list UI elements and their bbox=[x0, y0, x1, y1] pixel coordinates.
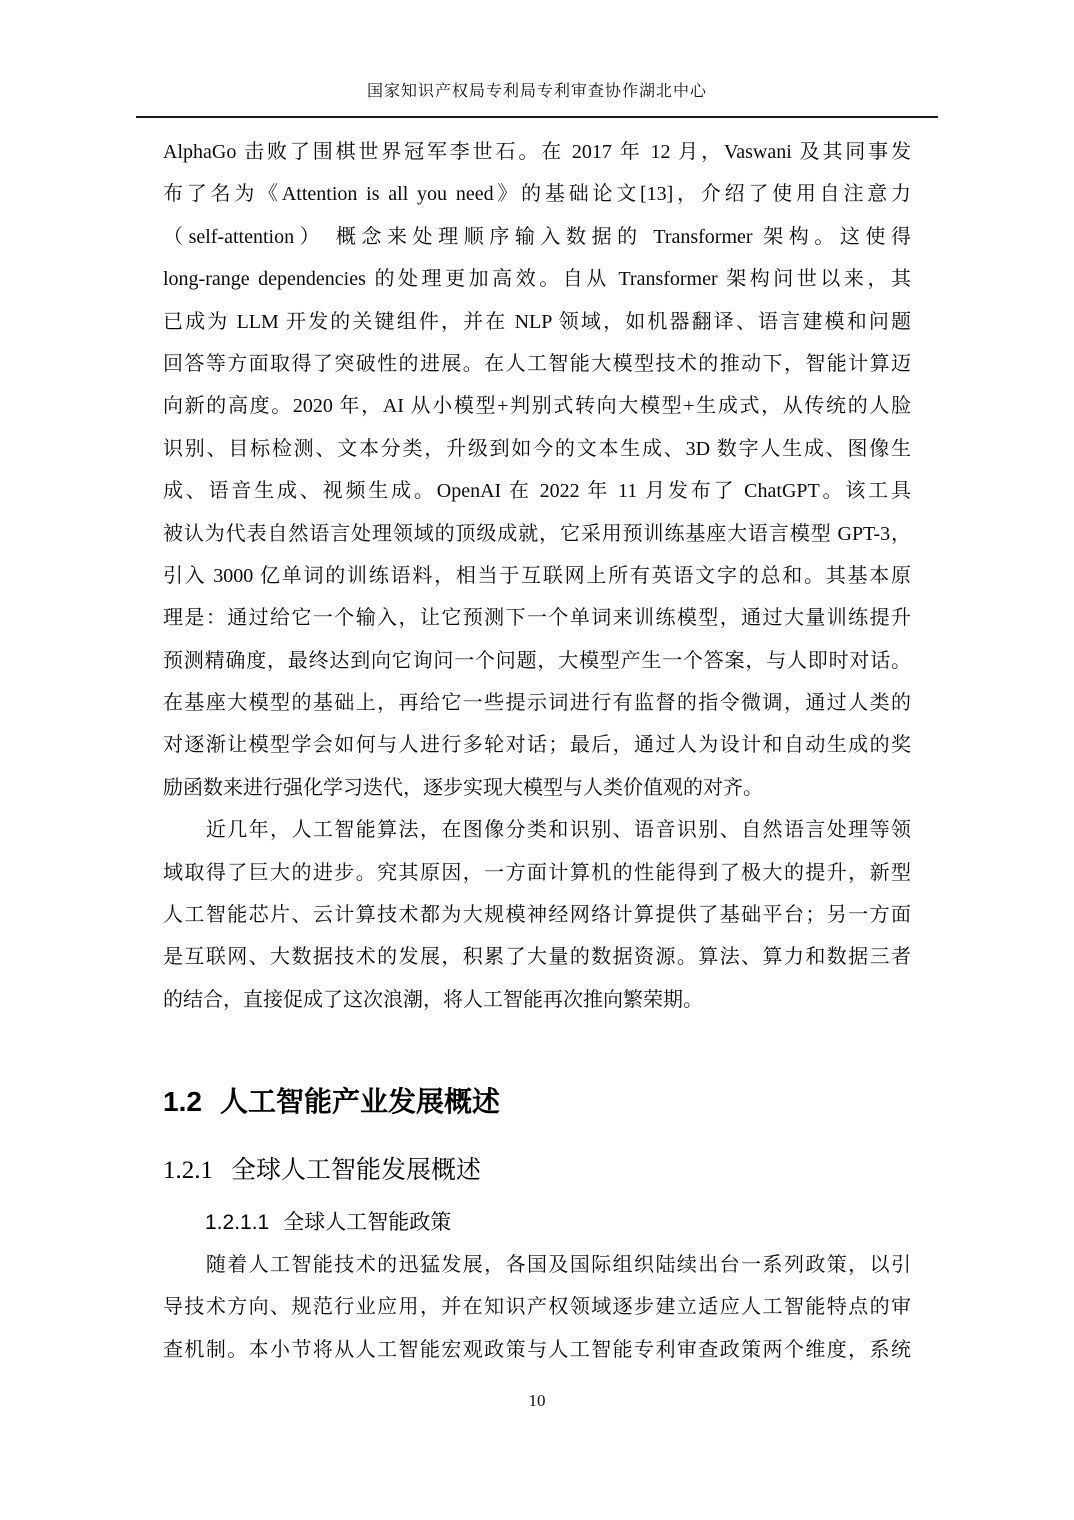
section-heading-1-2-1-1: 1.2.1.1全球人工智能政策 bbox=[205, 1206, 451, 1236]
section-number: 1.2 bbox=[163, 1086, 202, 1117]
document-page: 国家知识产权局专利局专利审查协作湖北中心 AlphaGo 击败了围棋世界冠军李世… bbox=[0, 0, 1074, 1520]
text-line: 被认为代表自然语言处理领域的顶级成就，它采用预训练基座大语言模型 GPT-3， bbox=[163, 513, 911, 555]
section-title: 人工智能产业发展概述 bbox=[220, 1086, 500, 1117]
text-line: 向新的高度。2020 年，AI 从小模型+判别式转向大模型+生成式，从传统的人脸 bbox=[163, 385, 911, 427]
text-line: 对逐渐让模型学会如何与人进行多轮对话；最后，通过人为设计和自动生成的奖 bbox=[163, 724, 911, 766]
text-line: 预测精确度，最终达到向它询问一个问题，大模型产生一个答案，与人即时对话。 bbox=[163, 640, 911, 682]
text-line: 近几年，人工智能算法，在图像分类和识别、语音识别、自然语言处理等领 bbox=[163, 809, 911, 851]
text-line: 域取得了巨大的进步。究其原因，一方面计算机的性能得到了极大的提升，新型 bbox=[163, 852, 911, 894]
text-line: 成、语音生成、视频生成。OpenAI 在 2022 年 11 月发布了 Chat… bbox=[163, 470, 911, 512]
section-title: 全球人工智能政策 bbox=[283, 1211, 451, 1234]
text-line: 在基座大模型的基础上，再给它一些提示词进行有监督的指令微调，通过人类的 bbox=[163, 682, 911, 724]
section-heading-1-2: 1.2人工智能产业发展概述 bbox=[163, 1080, 500, 1120]
text-line: 的结合，直接促成了这次浪潮，将人工智能再次推向繁荣期。 bbox=[163, 979, 911, 1021]
text-line: long-range dependencies 的处理更加高效。自从 Trans… bbox=[163, 258, 911, 300]
text-line: 理是：通过给它一个输入，让它预测下一个单词来训练模型，通过大量训练提升 bbox=[163, 597, 911, 639]
text-line: 励函数来进行强化学习迭代，逐步实现大模型与人类价值观的对齐。 bbox=[163, 767, 911, 809]
text-line: （self-attention） 概念来处理顺序输入数据的 Transforme… bbox=[163, 216, 911, 258]
paragraph-alphago-llm: AlphaGo 击败了围棋世界冠军李世石。在 2017 年 12 月，Vaswa… bbox=[163, 131, 911, 809]
page-number: 10 bbox=[0, 1391, 1074, 1411]
text-line: 回答等方面取得了突破性的进展。在人工智能大模型技术的推动下，智能计算迈 bbox=[163, 343, 911, 385]
header-rule-divider bbox=[136, 116, 938, 118]
text-line: 已成为 LLM 开发的关键组件，并在 NLP 领域，如机器翻译、语言建模和问题 bbox=[163, 301, 911, 343]
section-number: 1.2.1 bbox=[163, 1157, 213, 1184]
text-line: 人工智能芯片、云计算技术都为大规模神经网络计算提供了基础平台；另一方面 bbox=[163, 894, 911, 936]
paragraph-ai-policy: 随着人工智能技术的迅猛发展，各国及国际组织陆续出台一系列政策，以引导技术方向、规… bbox=[163, 1244, 911, 1371]
text-line: 识别、目标检测、文本分类，升级到如今的文本生成、3D 数字人生成、图像生 bbox=[163, 428, 911, 470]
text-line: AlphaGo 击败了围棋世界冠军李世石。在 2017 年 12 月，Vaswa… bbox=[163, 131, 911, 173]
text-line: 引入 3000 亿单词的训练语料，相当于互联网上所有英语文字的总和。其基本原 bbox=[163, 555, 911, 597]
section-title: 全球人工智能发展概述 bbox=[231, 1156, 481, 1184]
section-heading-1-2-1: 1.2.1全球人工智能发展概述 bbox=[163, 1150, 481, 1186]
paragraph-ai-progress: 近几年，人工智能算法，在图像分类和识别、语音识别、自然语言处理等领域取得了巨大的… bbox=[163, 809, 911, 1021]
text-line: 随着人工智能技术的迅猛发展，各国及国际组织陆续出台一系列政策，以引 bbox=[163, 1244, 911, 1286]
section-number: 1.2.1.1 bbox=[205, 1211, 269, 1234]
running-header: 国家知识产权局专利局专利审查协作湖北中心 bbox=[0, 78, 1074, 101]
text-line: 导技术方向、规范行业应用，并在知识产权领域逐步建立适应人工智能特点的审 bbox=[163, 1286, 911, 1328]
body-text: AlphaGo 击败了围棋世界冠军李世石。在 2017 年 12 月，Vaswa… bbox=[163, 131, 911, 1021]
text-line: 布了名为《Attention is all you need》的基础论文[13]… bbox=[163, 173, 911, 215]
text-line: 是互联网、大数据技术的发展，积累了大量的数据资源。算法、算力和数据三者 bbox=[163, 936, 911, 978]
text-line: 查机制。本小节将从人工智能宏观政策与人工智能专利审查政策两个维度，系统 bbox=[163, 1329, 911, 1371]
